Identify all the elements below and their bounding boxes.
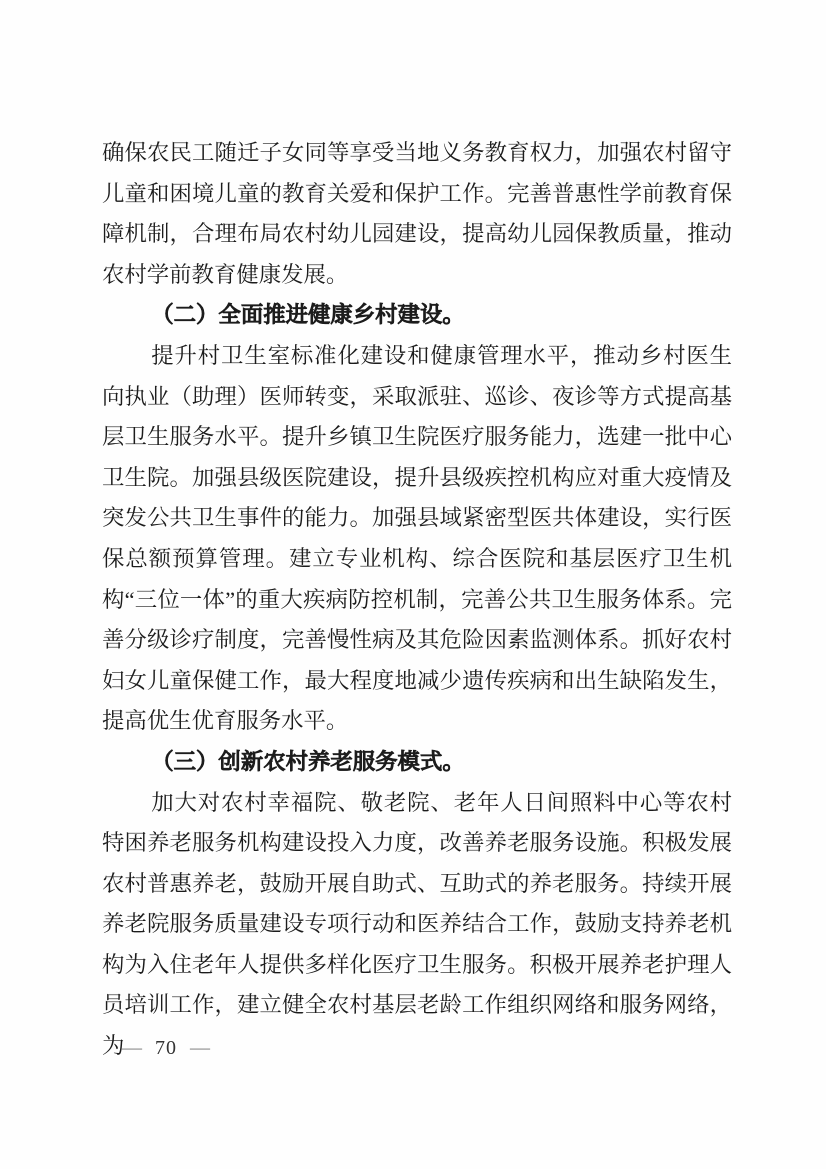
page-number-dash-left: — xyxy=(122,1039,142,1059)
paragraph-elderly-care: 加大对农村幸福院、敬老院、老年人日间照料中心等农村特困养老服务机构建设投入力度，… xyxy=(102,783,732,1067)
document-body: 确保农民工随迁子女同等享受当地义务教育权力，加强农村留守儿童和困境儿童的教育关爱… xyxy=(102,133,732,1067)
page-number: 70 xyxy=(155,1037,177,1060)
page-number-dash-right: — xyxy=(190,1039,210,1059)
paragraph-health-services: 提升村卫生室标准化建设和健康管理水平，推动乡村医生向执业（助理）医师转变，采取派… xyxy=(102,336,732,742)
page-footer: — 70 — xyxy=(122,1037,210,1060)
document-page: 确保农民工随迁子女同等享受当地义务教育权力，加强农村留守儿童和困境儿童的教育关爱… xyxy=(0,0,826,1169)
section-heading-healthy-village: （二）全面推进健康乡村建设。 xyxy=(102,295,732,336)
paragraph-education-continued: 确保农民工随迁子女同等享受当地义务教育权力，加强农村留守儿童和困境儿童的教育关爱… xyxy=(102,133,732,295)
section-heading-elderly-care: （三）创新农村养老服务模式。 xyxy=(102,742,732,783)
